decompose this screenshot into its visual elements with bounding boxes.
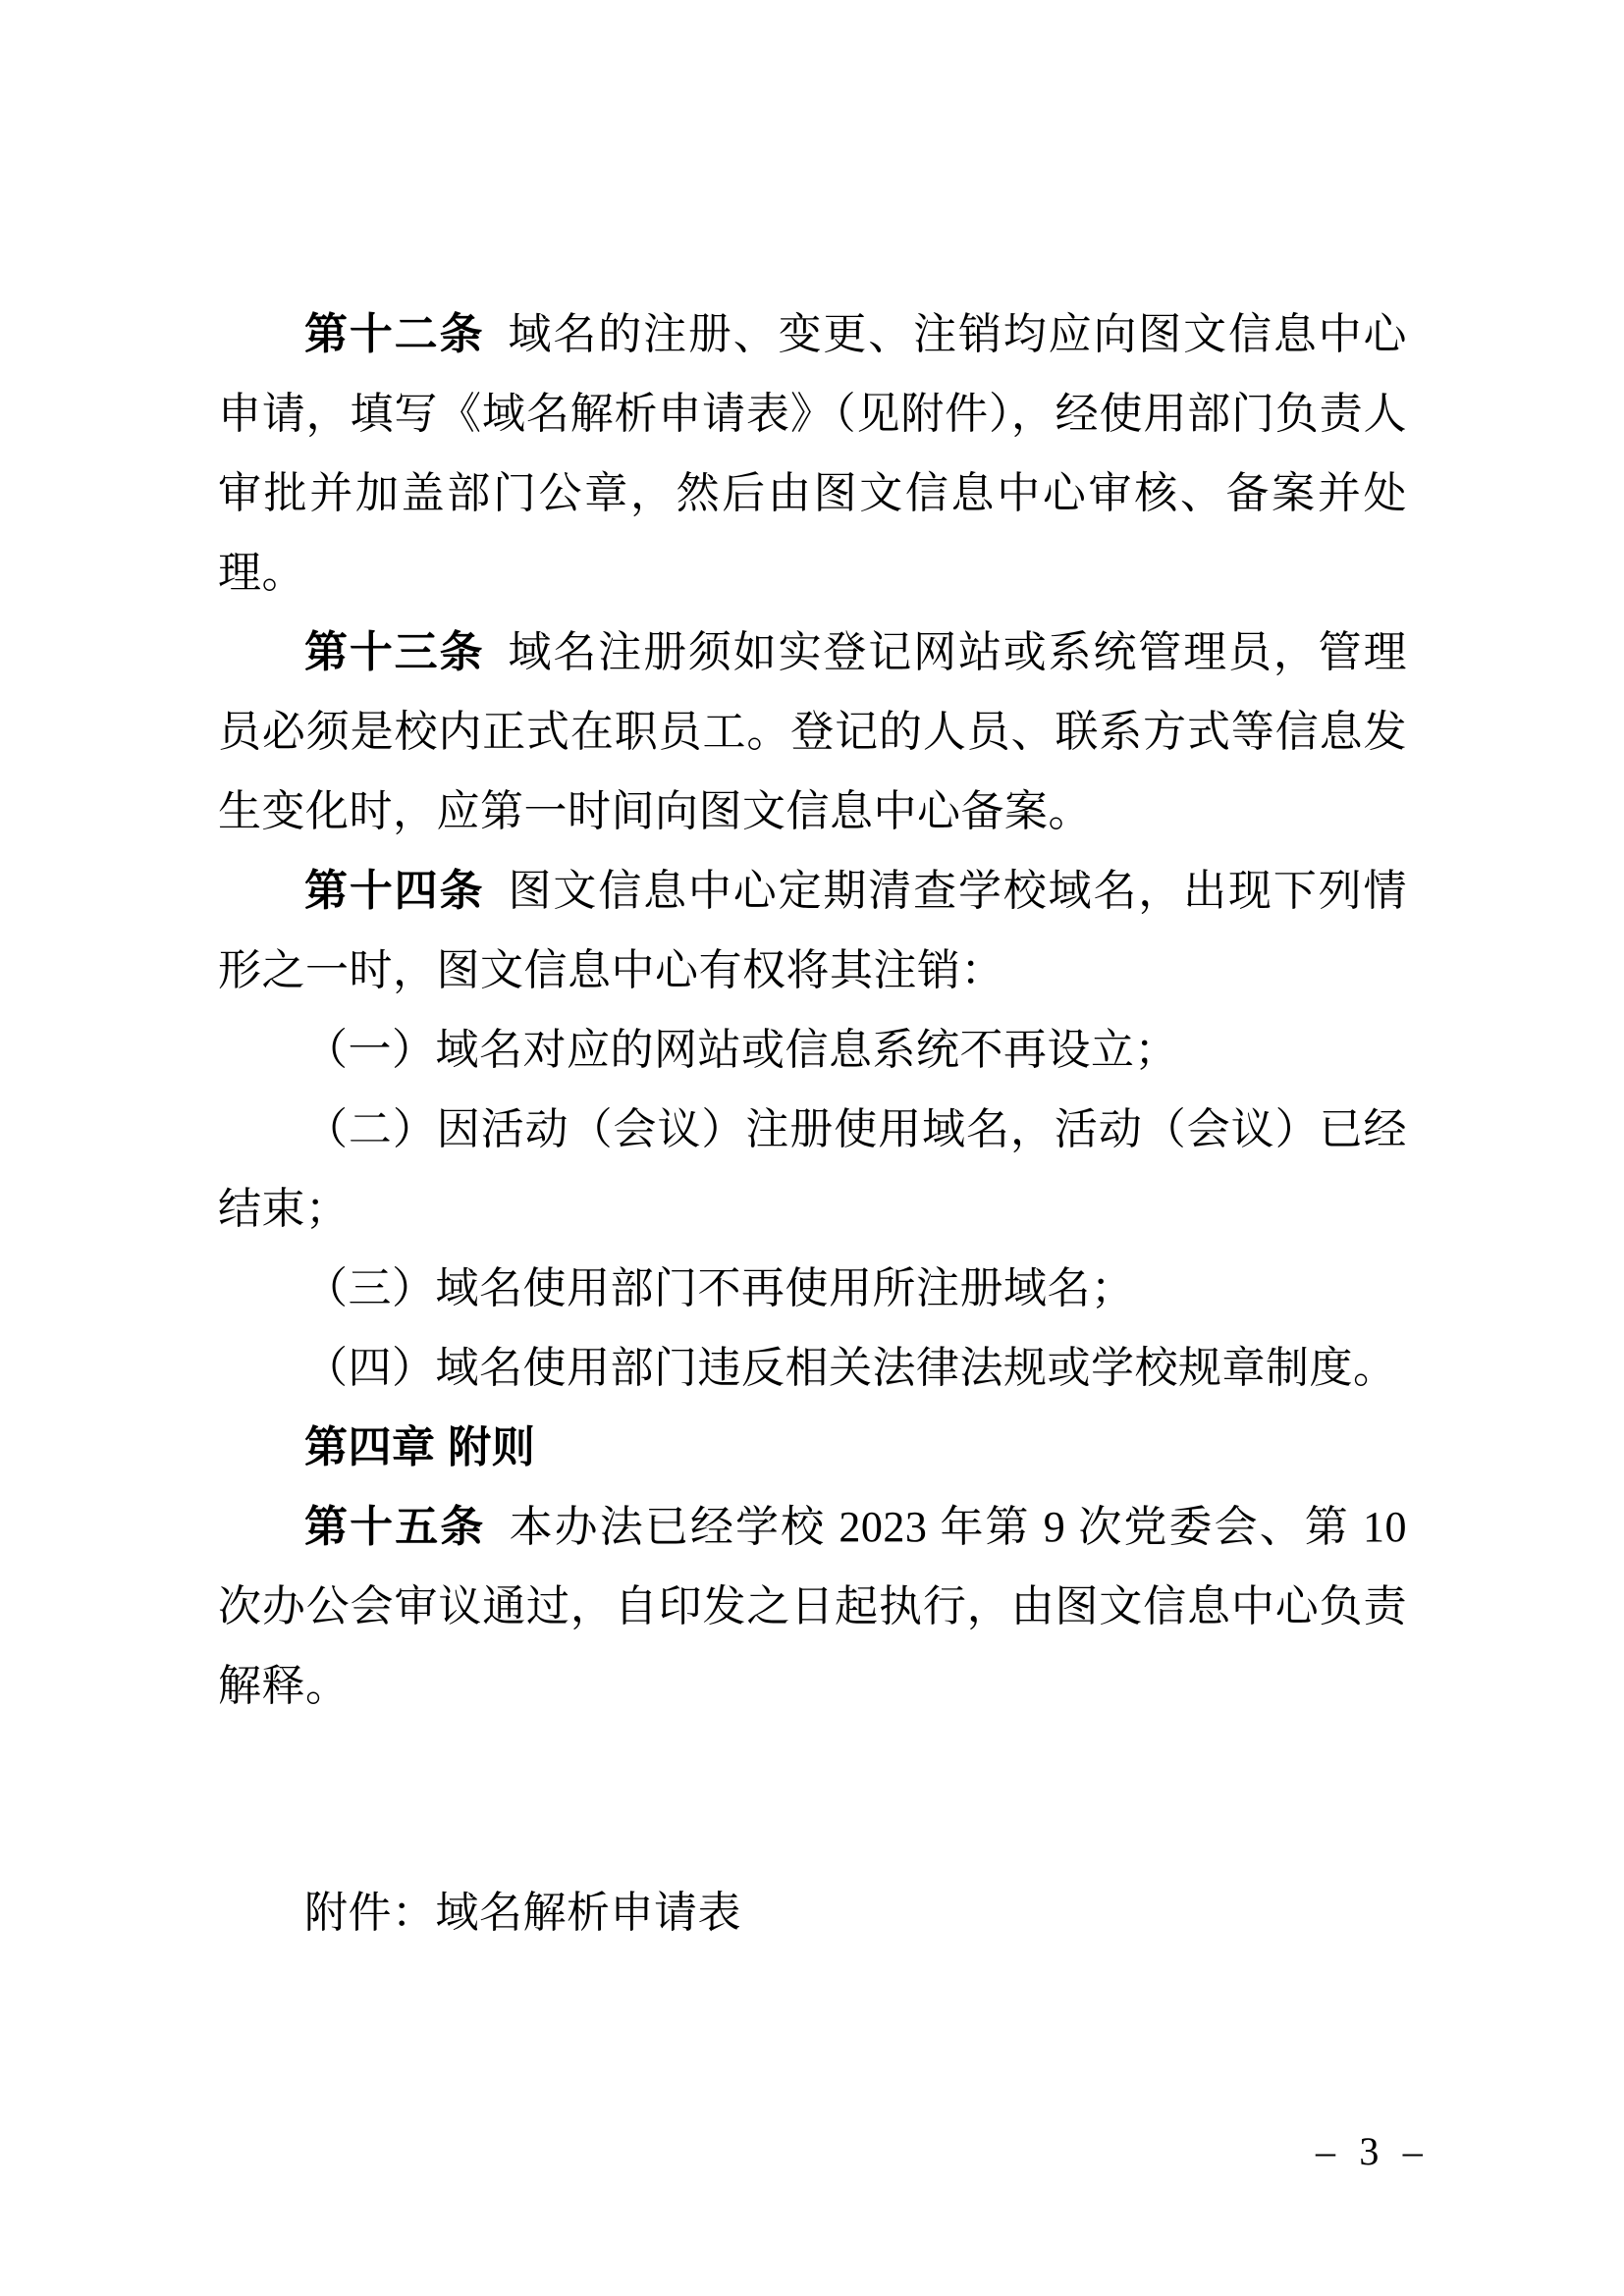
article-number: 第十三条 <box>304 628 484 676</box>
article-paragraph-14: 第十四条图文信息中心定期清查学校域名，出现下列情形之一时，图文信息中心有权将其注… <box>218 851 1407 1010</box>
page-number: – 3 – <box>1316 2128 1430 2175</box>
article-number: 第十四条 <box>304 867 484 915</box>
list-item-2: （二）因活动（会议）注册使用域名，活动（会议）已经结束； <box>218 1090 1407 1249</box>
list-item-4: （四）域名使用部门违反相关法律法规或学校规章制度。 <box>218 1328 1407 1408</box>
article-paragraph-13: 第十三条域名注册须如实登记网站或系统管理员，管理员必须是校内正式在职员工。登记的… <box>218 613 1407 851</box>
article-paragraph-12: 第十二条域名的注册、变更、注销均应向图文信息中心申请，填写《域名解析申请表》（见… <box>218 294 1407 613</box>
article-paragraph-15: 第十五条本办法已经学校 2023 年第 9 次党委会、第 10 次办公会审议通过… <box>218 1487 1407 1726</box>
article-number: 第十二条 <box>304 310 484 358</box>
article-number: 第十五条 <box>304 1503 485 1551</box>
list-item-3: （三）域名使用部门不再使用所注册域名； <box>218 1249 1407 1328</box>
document-page: 第十二条域名的注册、变更、注销均应向图文信息中心申请，填写《域名解析申请表》（见… <box>0 0 1624 2296</box>
chapter-heading: 第四章 附则 <box>218 1408 1407 1487</box>
attachment-line: 附件：域名解析申请表 <box>218 1873 1407 1952</box>
list-item-1: （一）域名对应的网站或信息系统不再设立； <box>218 1010 1407 1090</box>
document-body: 第十二条域名的注册、变更、注销均应向图文信息中心申请，填写《域名解析申请表》（见… <box>218 294 1407 1952</box>
